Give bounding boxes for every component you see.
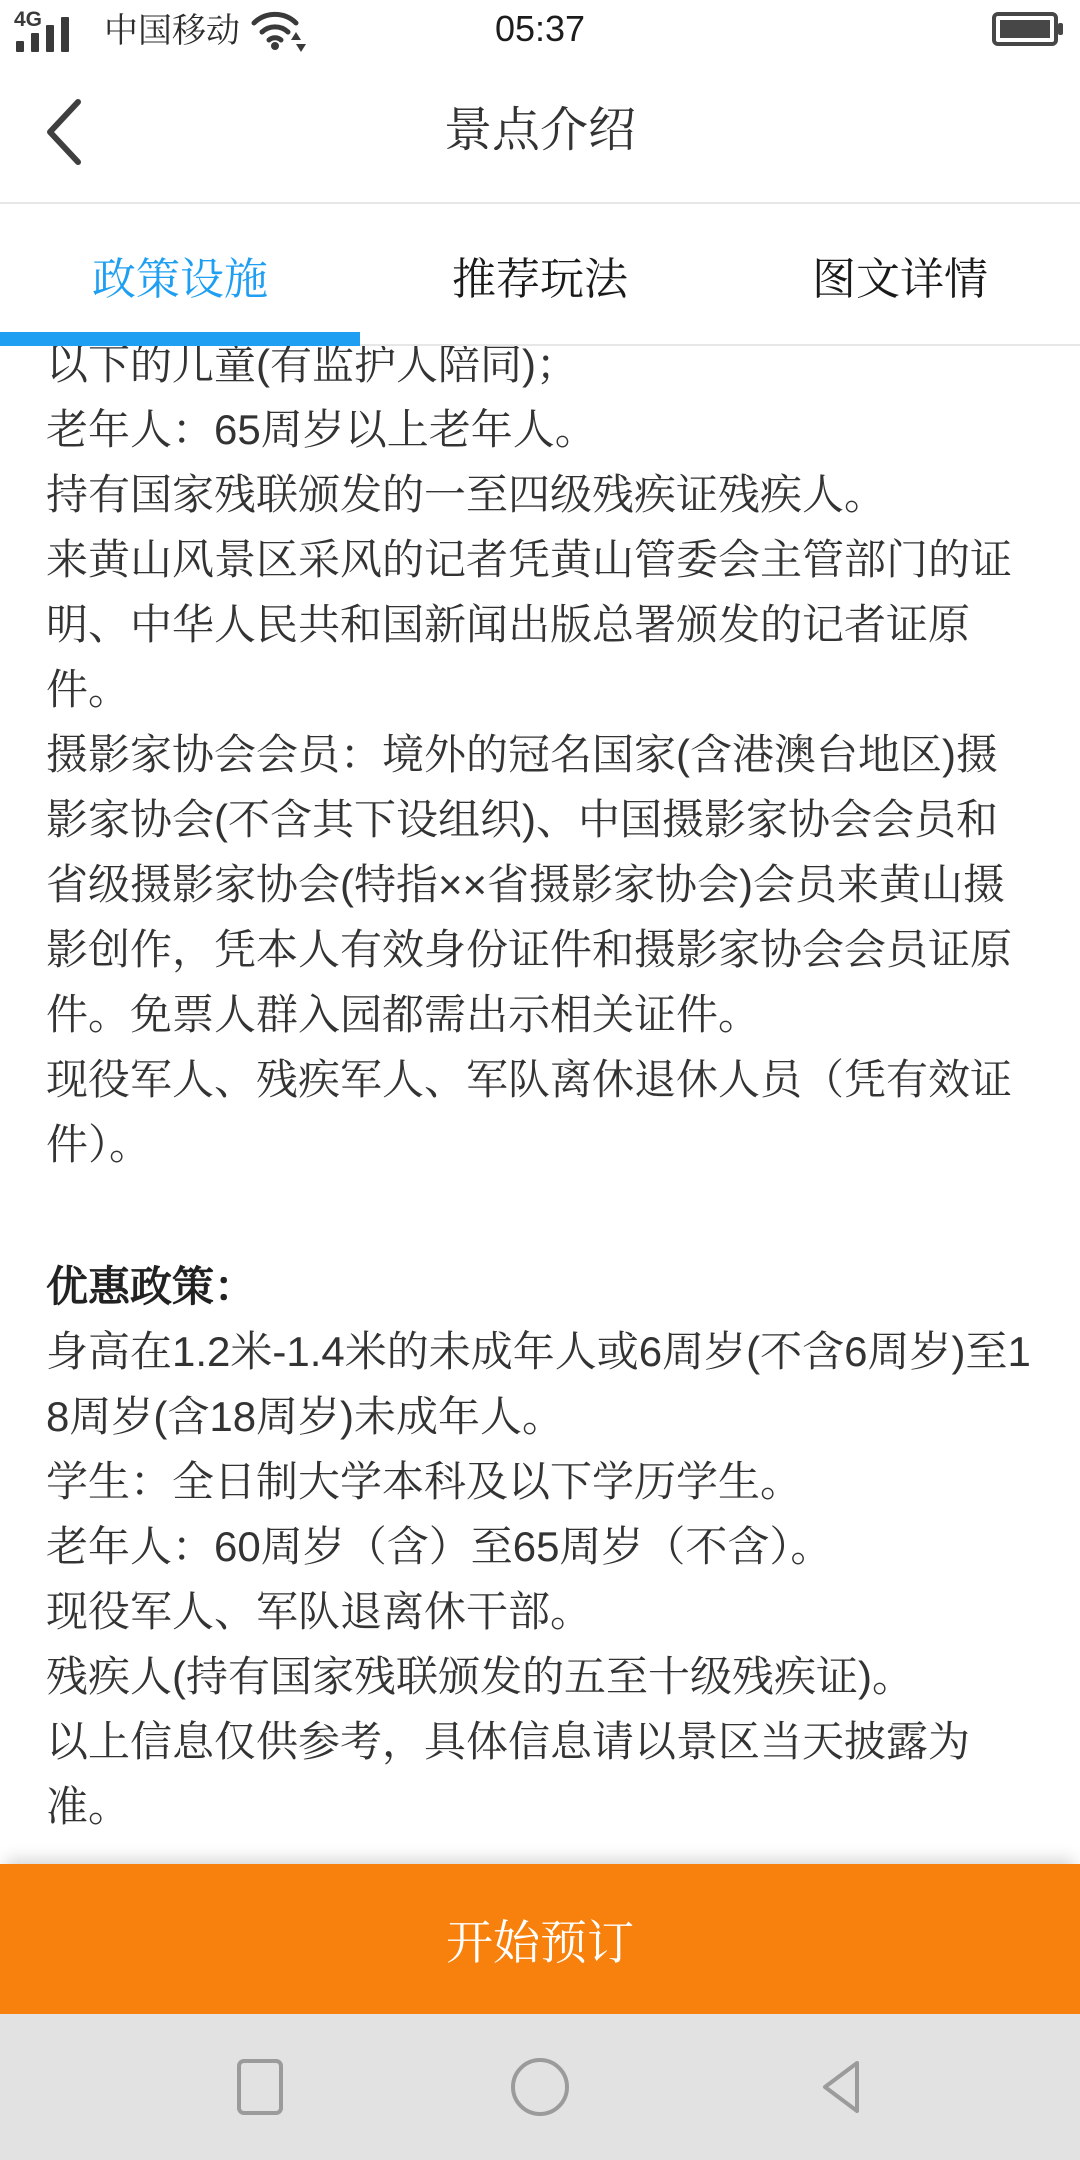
policy-line: 件。免票人群入园都需出示相关证件。 [46,982,1034,1047]
policy-line: 影创作，凭本人有效身份证件和摄影家协会会员证原 [46,917,1034,982]
policy-line: 影家协会(不含其下设组织)、中国摄影家协会会员和 [46,787,1034,852]
recent-apps-icon[interactable] [236,2058,284,2116]
start-booking-button[interactable]: 开始预订 [0,1864,1080,2014]
page-header: 景点介绍 [0,58,1080,204]
tab-policy-facilities[interactable]: 政策设施 [0,206,360,344]
android-nav-bar [0,2014,1080,2160]
policy-line: 残疾人(持有国家残联颁发的五至十级残疾证)。 [46,1644,1034,1709]
policy-line: 老年人：60周岁（含）至65周岁（不含）。 [46,1514,1034,1579]
policy-content-scroll-area[interactable]: 以下的儿童(有监护人陪同)；老年人：65周岁以上老年人。持有国家残联颁发的一至四… [0,346,1080,1864]
policy-line: 以上信息仅供参考，具体信息请以景区当天披露为 [46,1709,1034,1774]
policy-line: 持有国家残联颁发的一至四级残疾证残疾人。 [46,462,1034,527]
policy-line: 来黄山风景区采风的记者凭黄山管委会主管部门的证 [46,527,1034,592]
policy-line: 摄影家协会会员：境外的冠名国家(含港澳台地区)摄 [46,722,1034,787]
status-bar: 4G 中国移动 05:37 [0,0,1080,58]
nav-back-icon[interactable] [815,2057,865,2117]
tab-recommended-plays[interactable]: 推荐玩法 [360,206,720,344]
policy-line: 件。 [46,657,1034,722]
phone-screen: 4G 中国移动 05:37 [0,0,1080,2160]
policy-line: 明、中华人民共和国新闻出版总署颁发的记者证原 [46,592,1034,657]
policy-text: 以下的儿童(有监护人陪同)；老年人：65周岁以上老年人。持有国家残联颁发的一至四… [46,346,1034,1839]
home-icon[interactable] [509,2056,571,2118]
policy-line: 准。 [46,1774,1034,1839]
policy-line: 以下的儿童(有监护人陪同)； [46,346,1034,397]
policy-line: 身高在1.2米-1.4米的未成年人或6周岁(不含6周岁)至1 [46,1319,1034,1384]
clock: 05:37 [0,8,1080,50]
policy-line: 老年人：65周岁以上老年人。 [46,397,1034,462]
battery-icon [992,12,1064,46]
tab-image-text-details[interactable]: 图文详情 [720,206,1080,344]
policy-line: 现役军人、军队退离休干部。 [46,1579,1034,1644]
policy-line: 省级摄影家协会(特指××省摄影家协会)会员来黄山摄 [46,852,1034,917]
policy-line [46,1177,1034,1242]
tab-bar: 政策设施 推荐玩法 图文详情 [0,206,1080,346]
page-title: 景点介绍 [0,58,1080,204]
active-tab-indicator [0,332,360,346]
policy-line: 8周岁(含18周岁)未成年人。 [46,1384,1034,1449]
policy-line: 优惠政策： [46,1254,1034,1319]
policy-line: 现役军人、残疾军人、军队离休退休人员（凭有效证 [46,1047,1034,1112]
policy-line: 学生：全日制大学本科及以下学历学生。 [46,1449,1034,1514]
policy-line: 件）。 [46,1112,1034,1177]
